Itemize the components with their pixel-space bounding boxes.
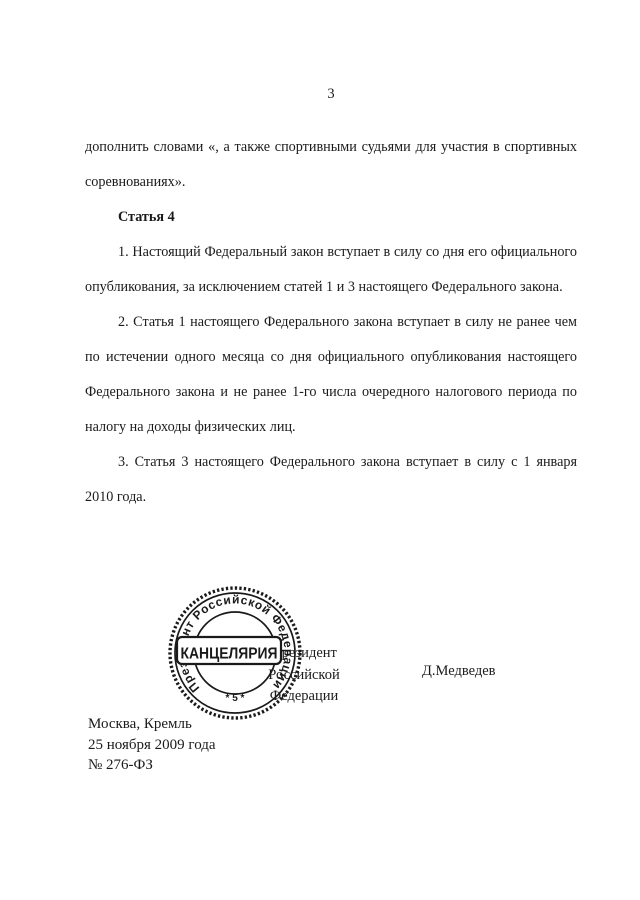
issuance-number: № 276-ФЗ xyxy=(88,755,216,776)
stamp-bottom-mark: * 5 * xyxy=(226,693,245,704)
chancellery-stamp: Президент Российской Федерации * 5 * КАН… xyxy=(164,582,306,724)
issuance-date: 25 ноября 2009 года xyxy=(88,735,216,756)
article-4-clause-3: 3. Статья 3 настоящего Федерального зако… xyxy=(85,445,577,515)
signature-name: Д.Медведев xyxy=(422,663,496,680)
paragraph-continuation: дополнить словами «, а также спортивными… xyxy=(85,130,577,200)
article-4-clause-1: 1. Настоящий Федеральный закон вступает … xyxy=(85,235,577,305)
page-number: 3 xyxy=(85,86,577,103)
article-4-heading: Статья 4 xyxy=(85,200,577,235)
stamp-center-text: КАНЦЕЛЯРИЯ xyxy=(181,646,278,663)
document-body: дополнить словами «, а также спортивными… xyxy=(85,130,577,515)
document-page: 3 дополнить словами «, а также спортивны… xyxy=(0,0,640,900)
article-4-clause-2: 2. Статья 1 настоящего Федерального зако… xyxy=(85,305,577,445)
